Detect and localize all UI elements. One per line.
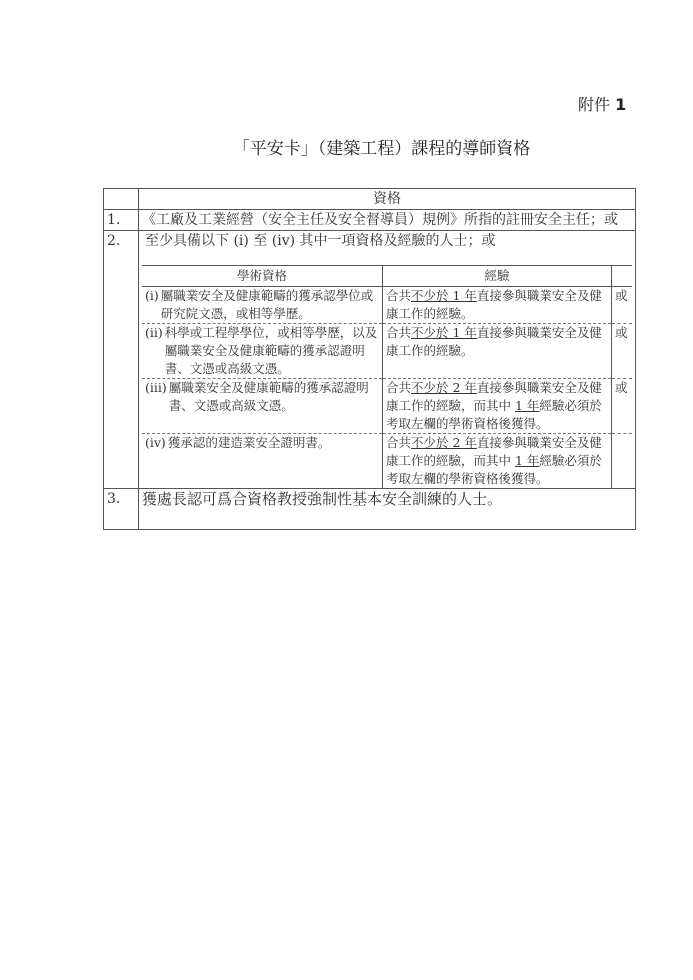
- sub-row: (ii)科學或工程學學位，或相等學歷，以及屬職業安全及健康範疇的獲承認證明書、文…: [142, 324, 632, 379]
- table-row: 3. 獲處長認可爲合資格教授強制性基本安全訓練的人士。: [104, 489, 636, 530]
- row-number: 1.: [104, 210, 139, 231]
- exp-text: 合共: [386, 325, 411, 340]
- roman-index: (iii): [145, 379, 169, 415]
- experience-cell: 合共不少於 2 年直接參與職業安全及健康工作的經驗，而其中 1 年經驗必須於考取…: [383, 434, 612, 489]
- roman-index: (i): [145, 287, 161, 323]
- sub-row: (iii)屬職業安全及健康範疇的獲承認證明書、文憑或高級文憑。 合共不少於 2 …: [142, 379, 632, 434]
- academic-text: 屬職業安全及健康範疇的獲承認證明書、文憑或高級文憑。: [169, 379, 379, 415]
- qualifications-table: 資格 1. 《工廠及工業經營（安全主任及安全督導員）規例》所指的註冊安全主任；或…: [103, 188, 636, 530]
- or-cell: 或: [612, 287, 633, 324]
- academic-cell: (iii)屬職業安全及健康範疇的獲承認證明書、文憑或高級文憑。: [142, 379, 383, 434]
- experience-cell: 合共不少於 1 年直接參與職業安全及健康工作的經驗。: [383, 287, 612, 324]
- or-cell: 或: [612, 324, 633, 379]
- sub-table: 學術資格 經驗 (i)屬職業安全及健康範疇的獲承認學位或研究院文憑，或相等學歷。…: [142, 265, 632, 488]
- academic-cell: (iv)獲承認的建造業安全證明書。: [142, 434, 383, 489]
- row-text: 獲處長認可爲合資格教授強制性基本安全訓練的人士。: [139, 489, 636, 530]
- exp-underlined: 1 年: [515, 453, 539, 468]
- table-row: 2. 至少具備以下 (i) 至 (iv) 其中一項資格及經驗的人士；或 學術資格…: [104, 231, 636, 489]
- row-text: 至少具備以下 (i) 至 (iv) 其中一項資格及經驗的人士；或: [142, 231, 632, 251]
- academic-text: 科學或工程學學位，或相等學歷，以及屬職業安全及健康範疇的獲承認證明書、文憑或高級…: [165, 324, 379, 378]
- exp-underlined: 不少於 1 年: [411, 288, 477, 303]
- annex-text: 附件: [578, 95, 610, 114]
- row-number: 2.: [104, 231, 139, 489]
- exp-text: 合共: [386, 380, 411, 395]
- academic-text: 屬職業安全及健康範疇的獲承認學位或研究院文憑，或相等學歷。: [161, 287, 379, 323]
- annex-label: 附件 1: [578, 92, 626, 115]
- sub-header-experience: 經驗: [383, 266, 612, 287]
- academic-cell: (ii)科學或工程學學位，或相等學歷，以及屬職業安全及健康範疇的獲承認證明書、文…: [142, 324, 383, 379]
- exp-underlined: 不少於 2 年: [411, 380, 477, 395]
- spacer: [142, 251, 632, 265]
- row-number: 3.: [104, 489, 139, 530]
- sub-row: (i)屬職業安全及健康範疇的獲承認學位或研究院文憑，或相等學歷。 合共不少於 1…: [142, 287, 632, 324]
- roman-index: (ii): [145, 324, 165, 378]
- or-cell: 或: [612, 379, 633, 434]
- sub-header-row: 學術資格 經驗: [142, 266, 632, 287]
- exp-underlined: 不少於 1 年: [411, 325, 477, 340]
- sub-header-or: [612, 266, 633, 287]
- or-cell: [612, 434, 633, 489]
- exp-underlined: 不少於 2 年: [411, 435, 477, 450]
- sub-row: (iv)獲承認的建造業安全證明書。 合共不少於 2 年直接參與職業安全及健康工作…: [142, 434, 632, 489]
- row-text: 《工廠及工業經營（安全主任及安全督導員）規例》所指的註冊安全主任；或: [139, 210, 636, 231]
- header-qualification: 資格: [139, 189, 636, 210]
- academic-text: 獲承認的建造業安全證明書。: [168, 434, 331, 452]
- table-header-row: 資格: [104, 189, 636, 210]
- roman-index: (iv): [145, 434, 168, 452]
- table-row: 1. 《工廠及工業經營（安全主任及安全督導員）規例》所指的註冊安全主任；或: [104, 210, 636, 231]
- row-content: 至少具備以下 (i) 至 (iv) 其中一項資格及經驗的人士；或 學術資格 經驗…: [139, 231, 636, 489]
- exp-text: 合共: [386, 288, 411, 303]
- annex-number: 1: [615, 95, 626, 114]
- academic-cell: (i)屬職業安全及健康範疇的獲承認學位或研究院文憑，或相等學歷。: [142, 287, 383, 324]
- experience-cell: 合共不少於 1 年直接參與職業安全及健康工作的經驗。: [383, 324, 612, 379]
- exp-underlined: 1 年: [515, 398, 539, 413]
- exp-text: 合共: [386, 435, 411, 450]
- header-num-cell: [104, 189, 139, 210]
- experience-cell: 合共不少於 2 年直接參與職業安全及健康工作的經驗，而其中 1 年經驗必須於考取…: [383, 379, 612, 434]
- sub-header-academic: 學術資格: [142, 266, 383, 287]
- page-title: 「平安卡」（建築工程）課程的導師資格: [0, 134, 693, 159]
